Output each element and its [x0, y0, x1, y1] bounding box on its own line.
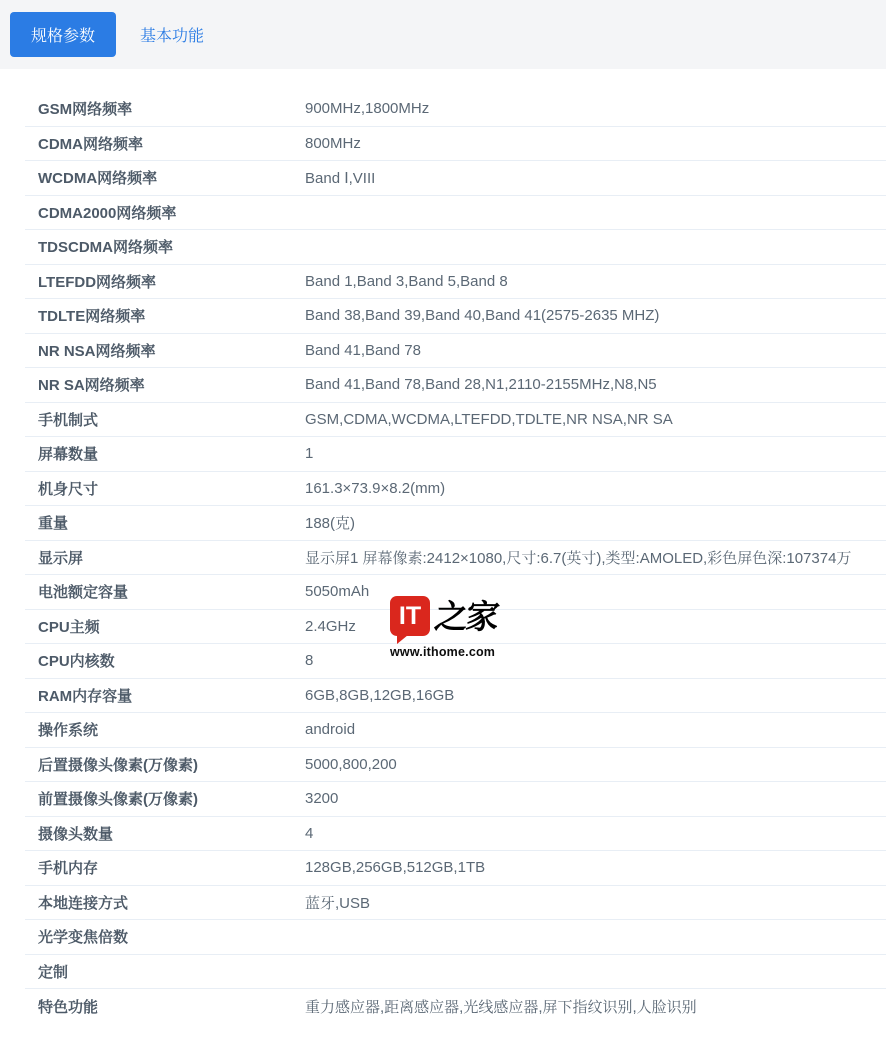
spec-label: 摄像头数量	[25, 823, 305, 844]
spec-row: NR NSA网络频率Band 41,Band 78	[25, 334, 886, 369]
spec-value: GSM,CDMA,WCDMA,LTEFDD,TDLTE,NR NSA,NR SA	[305, 411, 673, 428]
spec-row: CDMA网络频率800MHz	[25, 127, 886, 162]
spec-row: 光学变焦倍数	[25, 920, 886, 955]
spec-value: Band 38,Band 39,Band 40,Band 41(2575-263…	[305, 307, 659, 324]
spec-label: TDLTE网络频率	[25, 305, 305, 326]
spec-label: WCDMA网络频率	[25, 167, 305, 188]
spec-row: 屏幕数量1	[25, 437, 886, 472]
spec-value: 128GB,256GB,512GB,1TB	[305, 859, 485, 876]
spec-row: 手机内存128GB,256GB,512GB,1TB	[25, 851, 886, 886]
spec-row: 摄像头数量4	[25, 817, 886, 852]
spec-label: 本地连接方式	[25, 892, 305, 913]
spec-label: 手机内存	[25, 857, 305, 878]
spec-label: 重量	[25, 512, 305, 533]
spec-row: 后置摄像头像素(万像素)5000,800,200	[25, 748, 886, 783]
spec-value: 2.4GHz	[305, 618, 356, 635]
spec-row: CPU内核数8	[25, 644, 886, 679]
spec-value: 3200	[305, 790, 338, 807]
spec-value: Band 1,Band 3,Band 5,Band 8	[305, 273, 508, 290]
spec-value: 188(克)	[305, 512, 355, 533]
spec-value: android	[305, 721, 355, 738]
spec-row: 机身尺寸161.3×73.9×8.2(mm)	[25, 472, 886, 507]
spec-value: 8	[305, 652, 313, 669]
spec-label: LTEFDD网络频率	[25, 271, 305, 292]
spec-row: CPU主频2.4GHz	[25, 610, 886, 645]
spec-value: 蓝牙,USB	[305, 892, 370, 913]
spec-label: CDMA网络频率	[25, 133, 305, 154]
spec-row: 操作系统android	[25, 713, 886, 748]
spec-value: 5050mAh	[305, 583, 369, 600]
spec-label: CDMA2000网络频率	[25, 202, 305, 223]
spec-label: 前置摄像头像素(万像素)	[25, 788, 305, 809]
spec-label: 电池额定容量	[25, 581, 305, 602]
spec-label: 特色功能	[25, 996, 305, 1017]
spec-row: 显示屏显示屏1 屏幕像素:2412×1080,尺寸:6.7(英寸),类型:AMO…	[25, 541, 886, 576]
spec-value: 5000,800,200	[305, 756, 397, 773]
spec-label: 操作系统	[25, 719, 305, 740]
spec-row: 特色功能重力感应器,距离感应器,光线感应器,屏下指纹识别,人脸识别	[25, 989, 886, 1024]
spec-value: 6GB,8GB,12GB,16GB	[305, 687, 454, 704]
spec-label: RAM内存容量	[25, 685, 305, 706]
spec-label: CPU主频	[25, 616, 305, 637]
spec-label: GSM网络频率	[25, 98, 305, 119]
spec-value: Band Ⅰ,VIII	[305, 169, 375, 187]
spec-table: GSM网络频率900MHz,1800MHzCDMA网络频率800MHzWCDMA…	[25, 92, 886, 1024]
spec-row: LTEFDD网络频率Band 1,Band 3,Band 5,Band 8	[25, 265, 886, 300]
spec-value: 1	[305, 445, 313, 462]
spec-label: 定制	[25, 961, 305, 982]
spec-label: NR SA网络频率	[25, 374, 305, 395]
spec-label: 机身尺寸	[25, 478, 305, 499]
spec-label: 显示屏	[25, 547, 305, 568]
spec-row: GSM网络频率900MHz,1800MHz	[25, 92, 886, 127]
tab-basic-functions[interactable]: 基本功能	[140, 23, 204, 46]
spec-row: TDSCDMA网络频率	[25, 230, 886, 265]
spec-row: 本地连接方式蓝牙,USB	[25, 886, 886, 921]
spec-row: 电池额定容量5050mAh	[25, 575, 886, 610]
spec-row: WCDMA网络频率Band Ⅰ,VIII	[25, 161, 886, 196]
spec-label: NR NSA网络频率	[25, 340, 305, 361]
spec-row: 前置摄像头像素(万像素)3200	[25, 782, 886, 817]
spec-row: CDMA2000网络频率	[25, 196, 886, 231]
spec-label: 后置摄像头像素(万像素)	[25, 754, 305, 775]
spec-label: TDSCDMA网络频率	[25, 236, 305, 257]
spec-row: 重量188(克)	[25, 506, 886, 541]
spec-value: Band 41,Band 78	[305, 342, 421, 359]
tab-spec-params[interactable]: 规格参数	[10, 12, 116, 57]
spec-row: TDLTE网络频率Band 38,Band 39,Band 40,Band 41…	[25, 299, 886, 334]
spec-value: 161.3×73.9×8.2(mm)	[305, 480, 445, 497]
spec-row: 手机制式GSM,CDMA,WCDMA,LTEFDD,TDLTE,NR NSA,N…	[25, 403, 886, 438]
spec-value: Band 41,Band 78,Band 28,N1,2110-2155MHz,…	[305, 376, 657, 393]
spec-label: CPU内核数	[25, 650, 305, 671]
spec-row: 定制	[25, 955, 886, 990]
spec-label: 屏幕数量	[25, 443, 305, 464]
tab-bar: 规格参数 基本功能	[0, 0, 886, 69]
spec-value: 显示屏1 屏幕像素:2412×1080,尺寸:6.7(英寸),类型:AMOLED…	[305, 547, 851, 568]
spec-row: NR SA网络频率Band 41,Band 78,Band 28,N1,2110…	[25, 368, 886, 403]
spec-value: 800MHz	[305, 135, 361, 152]
spec-value: 重力感应器,距离感应器,光线感应器,屏下指纹识别,人脸识别	[305, 996, 697, 1017]
spec-label: 光学变焦倍数	[25, 926, 305, 947]
spec-value: 900MHz,1800MHz	[305, 100, 429, 117]
spec-row: RAM内存容量6GB,8GB,12GB,16GB	[25, 679, 886, 714]
spec-label: 手机制式	[25, 409, 305, 430]
spec-value: 4	[305, 825, 313, 842]
